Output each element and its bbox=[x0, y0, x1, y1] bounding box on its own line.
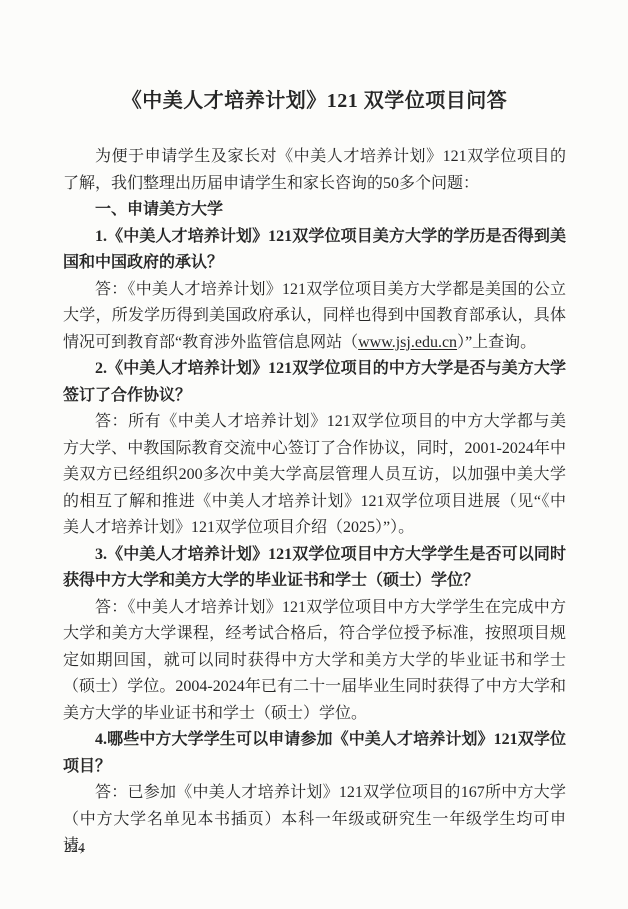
question-3: 3.《中美人才培养计划》121双学位项目中方大学学生是否可以同时获得中方大学和美… bbox=[63, 542, 566, 595]
answer-1-text-after-link: ）”上查询。 bbox=[457, 334, 536, 351]
answer-4: 答：已参加《中美人才培养计划》121双学位项目的167所中方大学（中方大学名单见… bbox=[63, 780, 566, 860]
section-heading: 一、申请美方大学 bbox=[63, 197, 566, 224]
page-content: 《中美人才培养计划》121 双学位项目问答 为便于申请学生及家长对《中美人才培养… bbox=[63, 88, 566, 860]
page-number: 224 bbox=[64, 840, 85, 858]
jsj-website-link[interactable]: www.jsj.edu.cn bbox=[358, 334, 457, 351]
intro-paragraph: 为便于申请学生及家长对《中美人才培养计划》121双学位项目的了解，我们整理出历届… bbox=[63, 144, 566, 197]
question-1: 1.《中美人才培养计划》121双学位项目美方大学的学历是否得到美国和中国政府的承… bbox=[63, 224, 566, 277]
question-2: 2.《中美人才培养计划》121双学位项目的中方大学是否与美方大学签订了合作协议？ bbox=[63, 356, 566, 409]
answer-3: 答：《中美人才培养计划》121双学位项目中方大学学生在完成中方大学和美方大学课程… bbox=[63, 595, 566, 728]
answer-1: 答：《中美人才培养计划》121双学位项目美方大学都是美国的公立大学，所发学历得到… bbox=[63, 277, 566, 357]
answer-2: 答：所有《中美人才培养计划》121双学位项目的中方大学都与美方大学、中教国际教育… bbox=[63, 409, 566, 542]
question-4: 4.哪些中方大学学生可以申请参加《中美人才培养计划》121双学位项目？ bbox=[63, 727, 566, 780]
document-page: 《中美人才培养计划》121 双学位项目问答 为便于申请学生及家长对《中美人才培养… bbox=[0, 0, 628, 909]
page-title: 《中美人才培养计划》121 双学位项目问答 bbox=[63, 88, 566, 114]
